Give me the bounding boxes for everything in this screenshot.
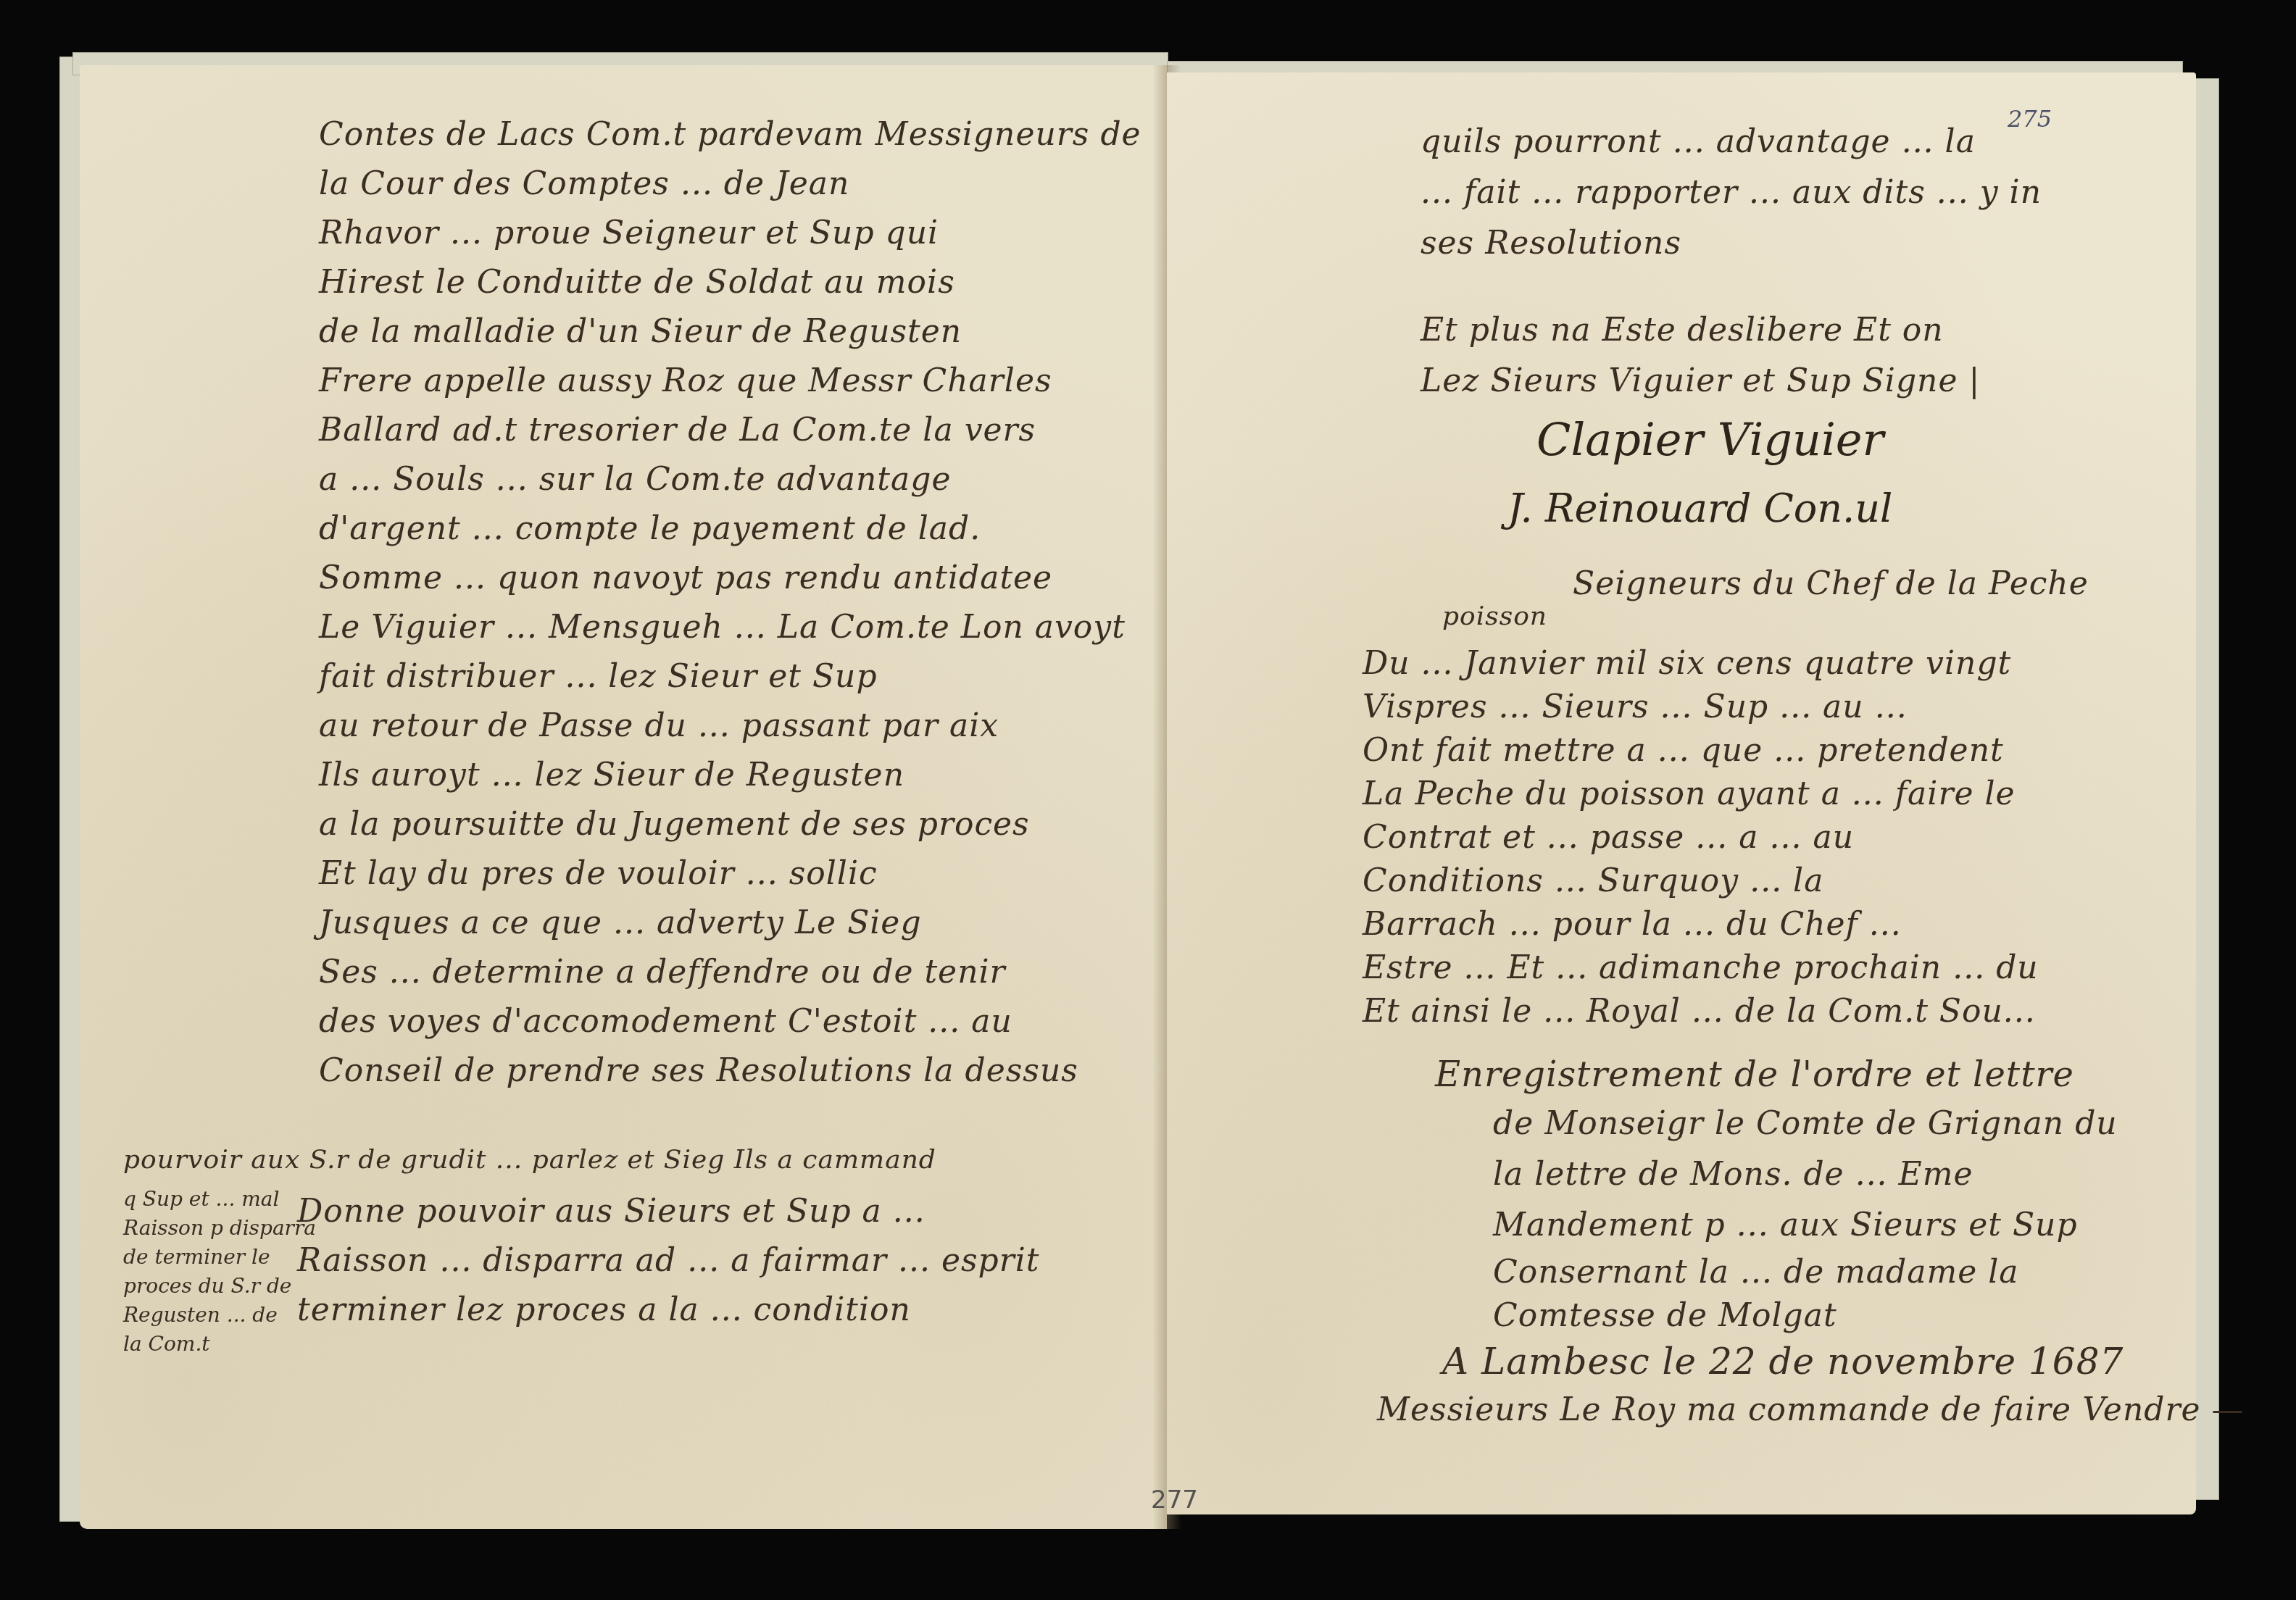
folio-number-ink: 275 (2008, 105, 2052, 133)
right-line: Et plus na Este deslibere Et on (1421, 312, 1944, 349)
left-line: de la malladie d'un Sieur de Regusten (319, 313, 962, 350)
right-line: Conditions ... Surquoy ... la (1363, 862, 1823, 899)
left-line: Conseil de prendre ses Resolutions la de… (319, 1052, 1078, 1089)
left-line: des voyes d'accomodement C'estoit ... au (319, 1003, 1012, 1040)
right-page: 275 quils pourront ... advantage ... la … (1167, 72, 2196, 1514)
left-line: a la poursuitte du Jugement de ses proce… (319, 806, 1030, 843)
margin-note: Raisson p disparra (123, 1216, 316, 1240)
right-line: quils pourront ... advantage ... la (1421, 123, 1976, 160)
margin-note: Regusten ... de (123, 1303, 278, 1327)
left-line: la Cour des Comptes ... de Jean (319, 165, 849, 202)
margin-note: la Com.t (123, 1332, 210, 1356)
signature-reinouard: J. Reinouard Con.ul (1507, 486, 1892, 531)
margin-note: q Sup et ... mal (123, 1187, 279, 1211)
left-line: au retour de Passe du ... passant par ai… (319, 707, 999, 744)
left-line: Hirest le Conduitte de Soldat au mois (319, 264, 955, 301)
left-line: Frere appelle aussy Roz que Messr Charle… (319, 362, 1052, 399)
left-line: a ... Souls ... sur la Com.te advantage (319, 461, 951, 498)
right-line: Lez Sieurs Viguier et Sup Signe | (1421, 362, 1980, 399)
right-line: Consernant la ... de madame la (1493, 1254, 2019, 1291)
right-line: Enregistrement de l'ordre et lettre (1435, 1054, 2074, 1095)
left-line: pourvoir aux S.r de grudit ... parlez et… (123, 1145, 936, 1175)
right-line: de Monseigr le Comte de Grignan du (1493, 1105, 2118, 1142)
margin-note: de terminer le (123, 1245, 270, 1269)
left-line: Ses ... determine a deffendre ou de teni… (319, 954, 1006, 991)
left-line: Somme ... quon navoyt pas rendu antidate… (319, 559, 1052, 596)
right-line: La Peche du poisson ayant a ... faire le (1363, 775, 2016, 812)
right-line: Du ... Janvier mil six cens quatre vingt (1363, 645, 2011, 682)
right-line: Estre ... Et ... adimanche prochain ... … (1363, 949, 2039, 986)
left-line: Le Viguier ... Mensgueh ... La Com.te Lo… (319, 609, 1126, 646)
left-line: Jusques a ce que ... adverty Le Sieg (319, 904, 922, 941)
left-line: Ils auroyt ... lez Sieur de Regusten (319, 757, 904, 793)
left-page: Contes de Lacs Com.t pardevam Messigneur… (80, 65, 1167, 1529)
closing-line: Messieurs Le Roy ma commande de faire Ve… (1377, 1391, 2244, 1428)
section-heading: poisson (1442, 601, 1547, 631)
right-line: Et ainsi le ... Royal ... de la Com.t So… (1363, 993, 2036, 1030)
left-line: Raisson ... disparra ad ... a fairmar ..… (297, 1242, 1040, 1279)
left-line: Contes de Lacs Com.t pardevam Messigneur… (319, 116, 1141, 153)
right-line: Vispres ... Sieurs ... Sup ... au ... (1363, 688, 1908, 725)
right-line: Ont fait mettre a ... que ... pretendent (1363, 732, 2004, 769)
signature-clapier: Clapier Viguier (1536, 413, 1884, 466)
dated-line: A Lambesc le 22 de novembre 1687 (1442, 1341, 2124, 1383)
left-line: Rhavor ... proue Seigneur et Sup qui (319, 214, 939, 251)
right-line: ... fait ... rapporter ... aux dits ... … (1421, 174, 2042, 211)
folio-number-pencil: 277 (1151, 1486, 1198, 1514)
right-line: la lettre de Mons. de ... Eme (1493, 1156, 1973, 1193)
right-line: Comtesse de Molgat (1493, 1297, 1837, 1334)
left-line: Ballard ad.t tresorier de La Com.te la v… (319, 412, 1036, 449)
left-line: terminer lez proces a la ... condition (297, 1291, 911, 1328)
left-line: Et lay du pres de vouloir ... sollic (319, 855, 878, 892)
right-line: Mandement p ... aux Sieurs et Sup (1493, 1207, 2078, 1243)
right-line: Contrat et ... passe ... a ... au (1363, 819, 1854, 856)
right-line: Barrach ... pour la ... du Chef ... (1363, 906, 1902, 943)
section-heading: Seigneurs du Chef de la Peche (1573, 565, 2089, 602)
right-line: ses Resolutions (1421, 225, 1681, 262)
left-line: Donne pouvoir aus Sieurs et Sup a ... (297, 1193, 926, 1230)
margin-note: proces du S.r de (123, 1274, 291, 1298)
left-line: fait distribuer ... lez Sieur et Sup (319, 658, 878, 695)
left-line: d'argent ... compte le payement de lad. (319, 510, 981, 547)
